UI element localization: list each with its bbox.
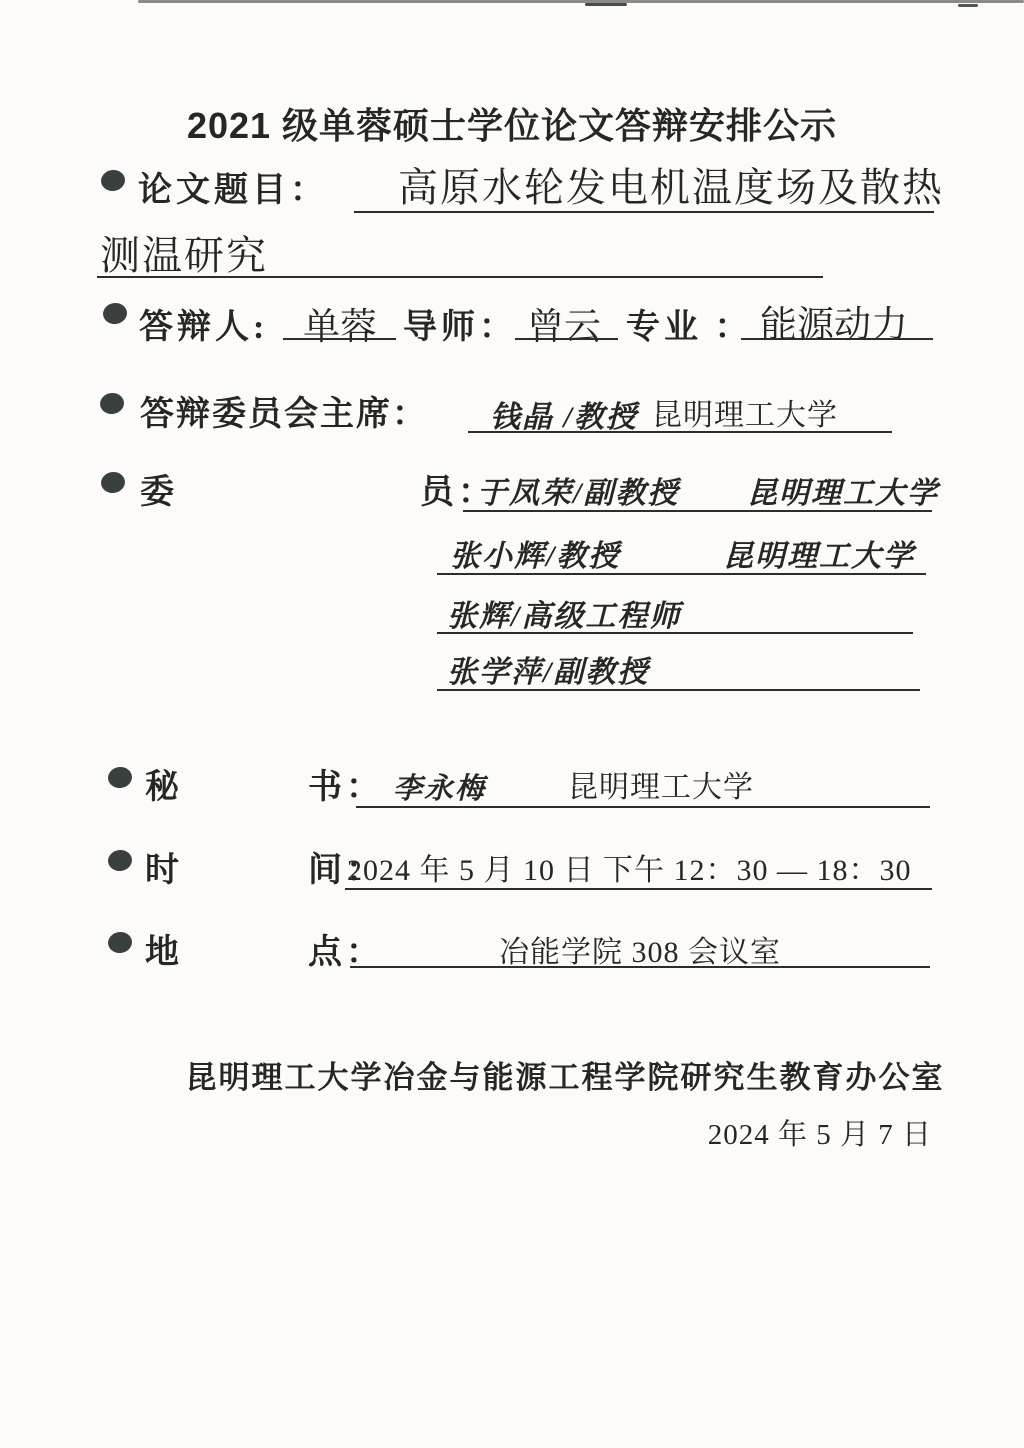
committee-member-name: 张小辉/教授 bbox=[450, 531, 620, 575]
issuing-office: 昆明理工大学冶金与能源工程学院研究生教育办公室 bbox=[155, 1052, 975, 1097]
field-underline bbox=[350, 966, 930, 968]
time-label-left: 时 bbox=[145, 842, 183, 891]
bullet-icon bbox=[99, 391, 126, 415]
secretary-label-left: 秘 bbox=[145, 759, 183, 808]
thesis-title-value-line2: 测温研究 bbox=[100, 224, 268, 281]
field-underline bbox=[463, 510, 932, 512]
time-value: 2024 年 5 月 10 日 下午 12：30 — 18：30 bbox=[347, 845, 912, 889]
field-underline bbox=[437, 632, 913, 634]
location-label-left: 地 bbox=[145, 924, 183, 973]
bullet-icon bbox=[102, 301, 129, 325]
supervisor-value: 曾云 bbox=[527, 296, 601, 350]
committee-label-left: 委 bbox=[140, 464, 178, 513]
field-underline bbox=[345, 888, 932, 890]
committee-member-affiliation: 昆明理工大学 bbox=[723, 531, 915, 575]
field-underline bbox=[437, 689, 920, 691]
field-underline bbox=[741, 338, 933, 340]
field-underline bbox=[354, 211, 934, 213]
bullet-icon bbox=[107, 930, 134, 954]
secretary-affiliation: 昆明理工大学 bbox=[568, 762, 754, 806]
committee-member-affiliation: 昆明理工大学 bbox=[747, 468, 939, 512]
scan-artifact-speck bbox=[958, 4, 978, 7]
chair-label: 答辩委员会主席： bbox=[140, 386, 428, 435]
field-underline bbox=[97, 276, 823, 278]
field-underline bbox=[437, 573, 926, 575]
field-underline bbox=[283, 338, 396, 340]
defender-value: 单蓉 bbox=[303, 296, 377, 350]
supervisor-label: 导师： bbox=[403, 299, 517, 348]
field-underline bbox=[356, 806, 930, 808]
defender-label: 答辩人: bbox=[139, 299, 268, 348]
secretary-label-right: 书： bbox=[308, 759, 384, 808]
field-underline bbox=[515, 338, 618, 340]
scan-artifact-top-line bbox=[138, 0, 1024, 3]
issue-date: 2024 年 5 月 7 日 bbox=[600, 1112, 932, 1153]
major-label: 专业 ： bbox=[626, 299, 753, 348]
secretary-name: 李永梅 bbox=[393, 766, 486, 807]
scan-artifact-speck bbox=[585, 3, 627, 6]
thesis-title-label: 论文题目： bbox=[138, 162, 328, 211]
bullet-icon bbox=[107, 765, 134, 789]
chair-affiliation: 昆明理工大学 bbox=[652, 390, 838, 434]
thesis-title-value-line1: 高原水轮发电机温度场及散热 bbox=[398, 156, 944, 213]
field-underline bbox=[468, 431, 892, 433]
committee-member-name: 张学萍/副教授 bbox=[447, 647, 649, 691]
location-value: 冶能学院 308 会议室 bbox=[350, 927, 930, 971]
chair-name: 钱晶 /教授 bbox=[490, 392, 638, 436]
page-title: 2021 级单蓉硕士学位论文答辩安排公示 bbox=[0, 98, 1024, 149]
document-page: 2021 级单蓉硕士学位论文答辩安排公示 论文题目： 高原水轮发电机温度场及散热… bbox=[0, 0, 1024, 1448]
committee-member-name: 张辉/高级工程师 bbox=[447, 591, 681, 635]
bullet-icon bbox=[107, 848, 134, 872]
bullet-icon bbox=[100, 168, 127, 192]
committee-member-name: 于凤荣/副教授 bbox=[477, 468, 679, 512]
bullet-icon bbox=[100, 470, 127, 494]
